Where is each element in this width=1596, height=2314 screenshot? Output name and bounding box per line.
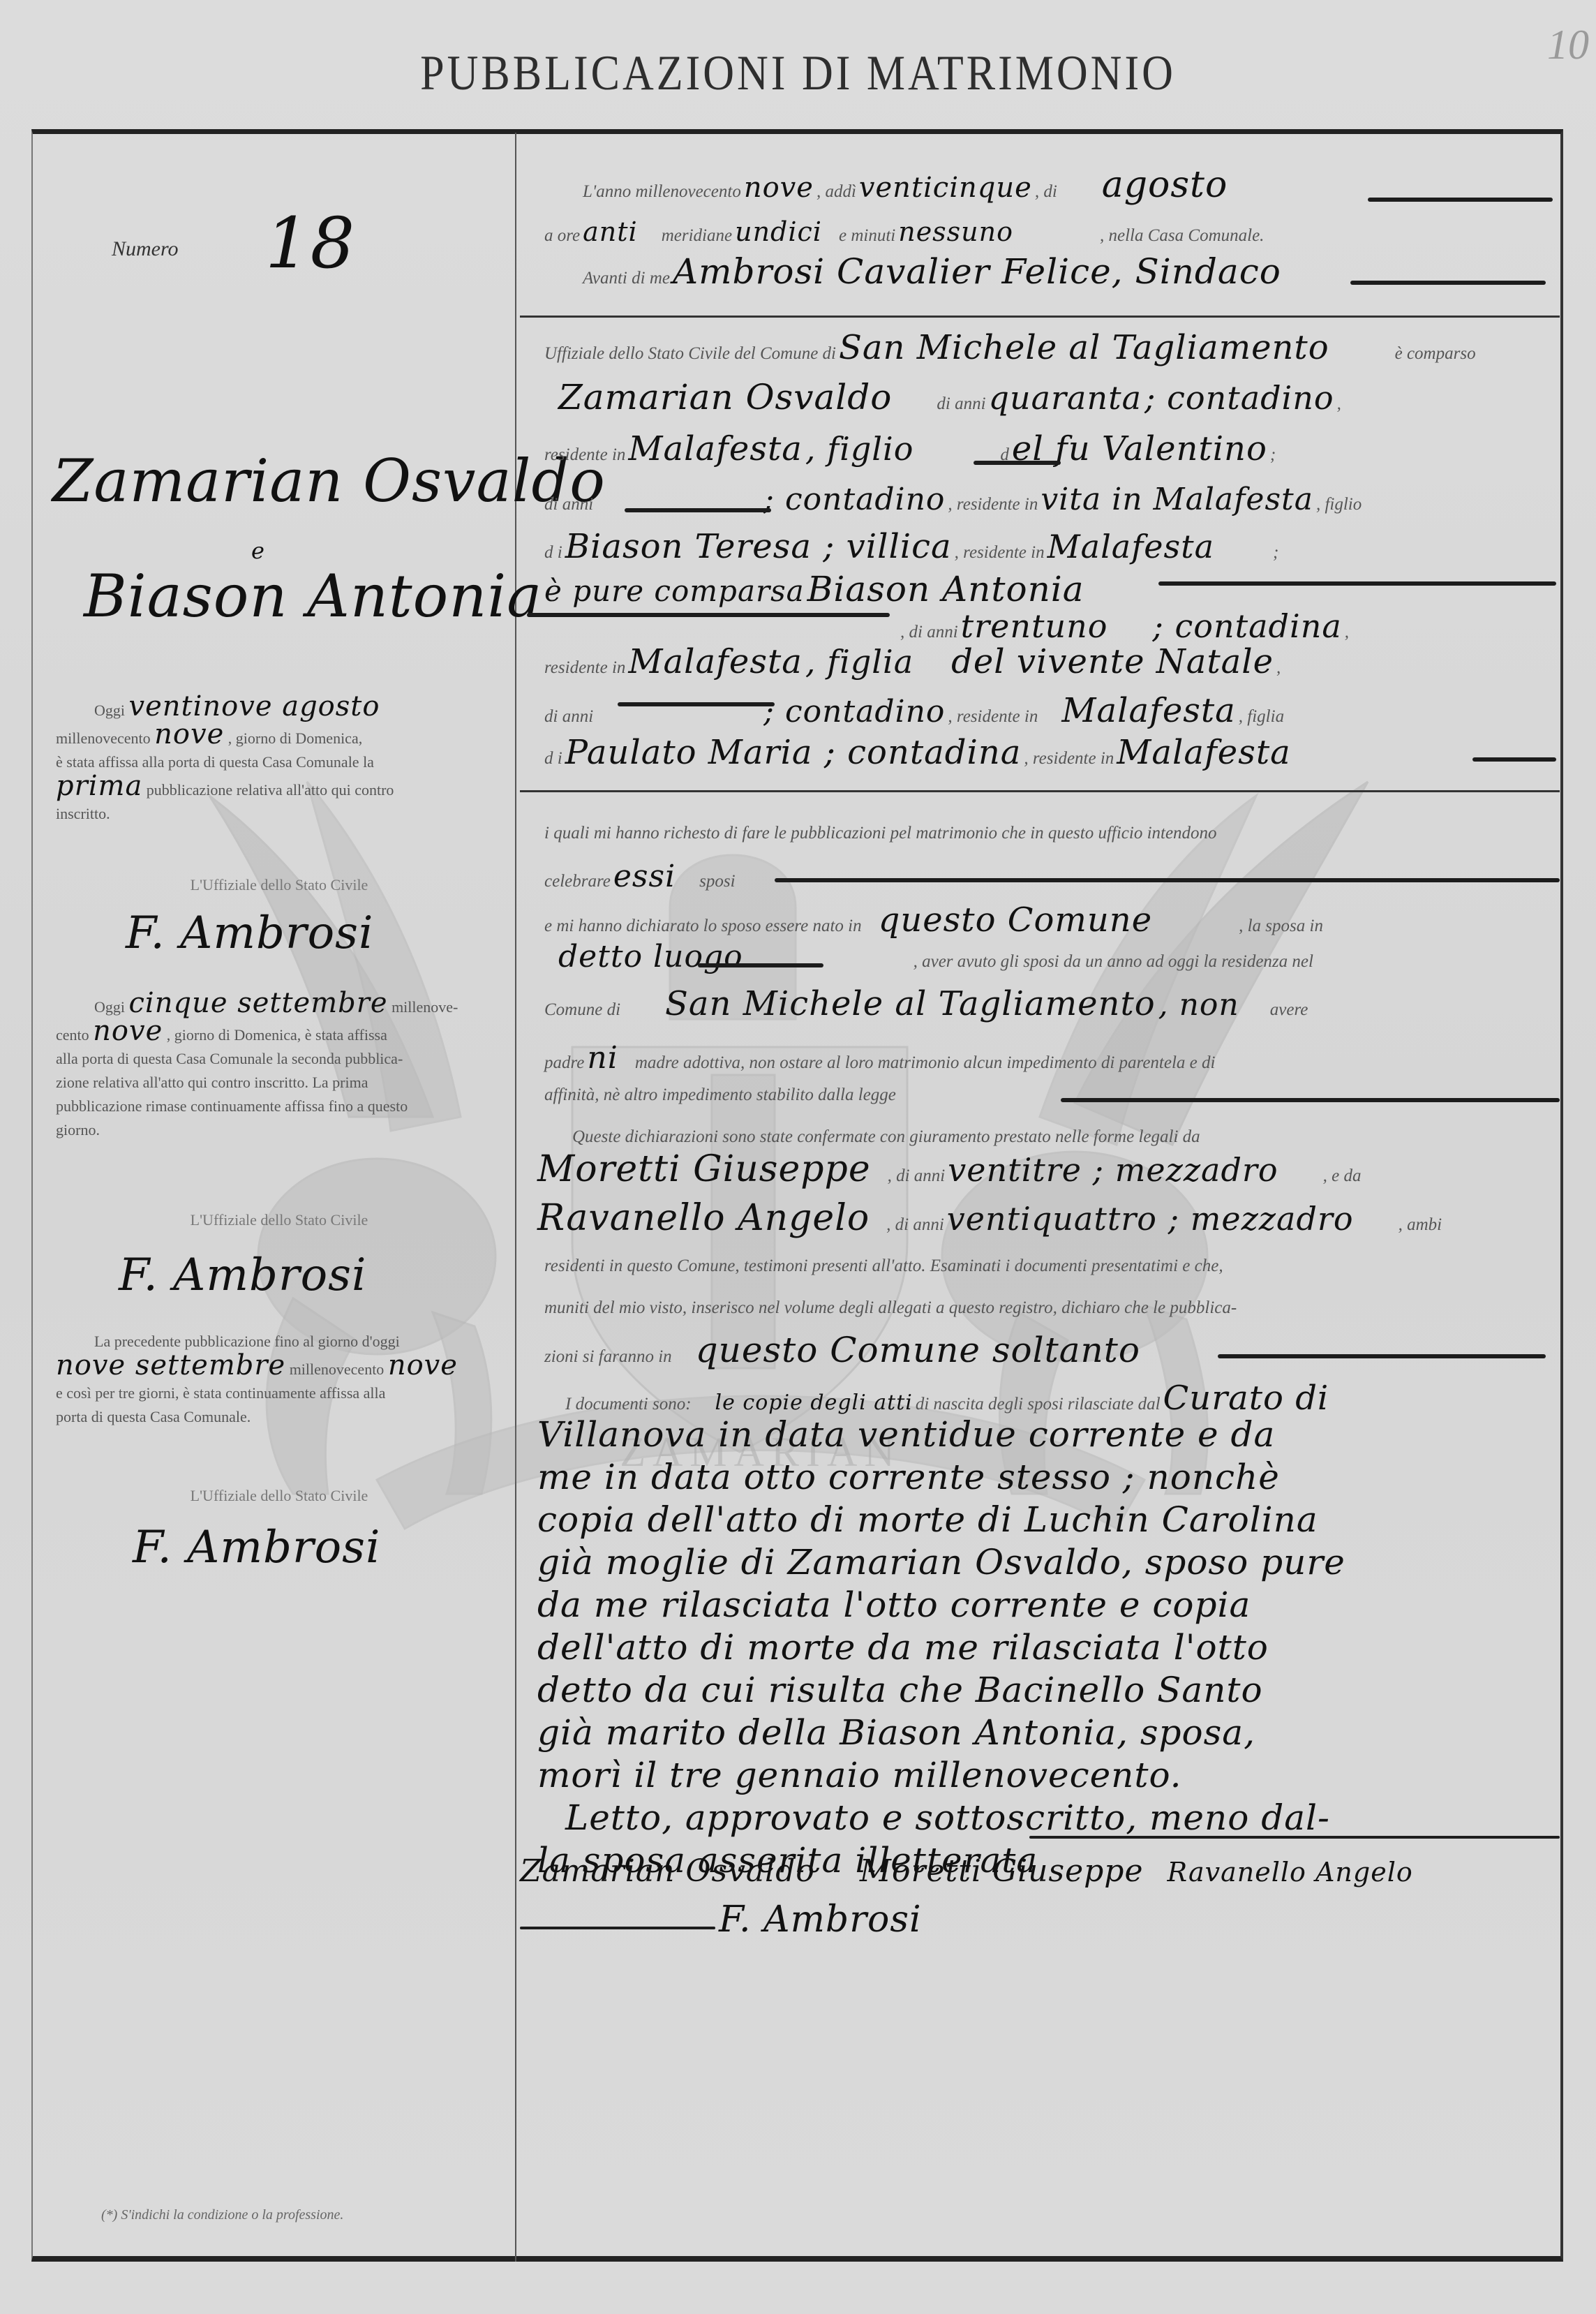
printed-text: , figlia [1239, 707, 1284, 726]
handwritten-line: detto da cui risulta che Bacinello Santo [537, 1669, 1556, 1712]
record-line-publication-place: zioni si faranno in questo Comune soltan… [544, 1330, 1140, 1370]
printed-text: d i [544, 543, 562, 562]
groom-profession-field: ; contadino [1144, 379, 1334, 417]
witness-1-age-profession: ventitre ; mezzadro [948, 1151, 1278, 1189]
printed-text: , di anni [886, 1215, 944, 1234]
record-line-witness-1: Moretti Giuseppe , di anni ventitre ; me… [537, 1148, 1361, 1190]
printed-text: Comune di [544, 1000, 620, 1019]
officer-signature: F. Ambrosi [133, 1522, 380, 1573]
handwritten-line: da me rilasciata l'otto corrente e copia [537, 1584, 1556, 1626]
printed-text: d i [544, 749, 562, 768]
printed-text: , la sposa in [1239, 917, 1323, 935]
printed-text: celebrare [544, 872, 611, 891]
officer-signature: F. Ambrosi [126, 907, 373, 959]
printed-text: meridiane [662, 226, 732, 245]
printed-text: Avanti di me [583, 269, 670, 288]
printed-text: è pure comparsa [544, 574, 805, 608]
printed-text: e mi hanno dichiarato lo sposo essere na… [544, 917, 862, 935]
printed-text: Uffiziale dello Stato Civile del Comune … [544, 344, 836, 363]
second-pub-year: nove [93, 1015, 163, 1047]
printed-text: a ore [544, 226, 580, 245]
officer-label: L'Uffiziale dello Stato Civile [56, 1487, 502, 1505]
groom-residence-field: Malafesta [628, 429, 802, 468]
handwritten-line: me in data otto corrente stesso ; nonchè [537, 1456, 1556, 1499]
printed-text: padre [544, 1053, 584, 1072]
ante-post-field: anti [583, 216, 638, 247]
documents-field: le copie degli atti [715, 1390, 913, 1415]
officer-final-signature: F. Ambrosi [719, 1899, 922, 1941]
printed-text: alla porta di questa Casa Comunale la se… [56, 1047, 502, 1071]
printed-text: millenovecento [290, 1360, 385, 1378]
handwritten-line: copia dell'atto di morte di Luchin Carol… [537, 1499, 1556, 1541]
bride-residence-field: Malafesta [628, 642, 802, 681]
printed-text: , [1276, 658, 1281, 677]
printed-text: di nascita degli sposi rilasciate dal [916, 1395, 1161, 1414]
record-line-bride-age: , di anni trentuno ; contadina , [900, 607, 1349, 645]
hour-field: undici [735, 216, 822, 247]
bride-father-residence: Malafesta [1061, 691, 1235, 730]
record-line-date: L'anno millenovecento nove , addì ventic… [583, 164, 1228, 206]
handwritten-line: Letto, approvato e sottoscritto, meno da… [537, 1797, 1556, 1839]
printed-text: residente in [544, 658, 625, 677]
ni-field: ni [587, 1040, 618, 1076]
record-line-residence-comune: Comune di San Michele al Tagliamento , n… [544, 984, 1308, 1023]
printed-text: pubblicazione relativa all'atto qui cont… [147, 781, 394, 799]
month-field: agosto [1102, 164, 1228, 206]
record-line-documents: I documenti sono: le copie degli atti di… [565, 1379, 1329, 1418]
groom-mother-residence: Malafesta [1047, 528, 1214, 565]
witness-residence-text: residenti in questo Comune, testimoni pr… [544, 1256, 1223, 1276]
printed-text: è comparso [1395, 344, 1476, 363]
record-line-bride-father: di anni ; contadino , residente in Malaf… [544, 691, 1284, 730]
officer-label: L'Uffiziale dello Stato Civile [56, 876, 502, 894]
printed-text: madre adottiva, non ostare al loro matri… [635, 1053, 1216, 1072]
printed-text: inscritto. [56, 802, 502, 826]
groom-son-of: , figlio [805, 430, 914, 468]
bride-father-field: del vivente Natale [951, 642, 1274, 681]
page-title: PUBBLICAZIONI DI MATRIMONIO [0, 45, 1596, 103]
printed-text: cento [56, 1026, 89, 1044]
bride-father-profession: ; contadino [763, 694, 945, 729]
record-line-residence-year: detto luogo , aver avuto gli sposi da un… [558, 939, 1313, 974]
groom-mother-field: Biason Teresa ; villica [565, 527, 952, 566]
officer-signature: F. Ambrosi [119, 1249, 366, 1301]
record-number: 18 [265, 202, 355, 284]
printed-text: , residente in [948, 707, 1038, 726]
oath-text: Queste dichiarazioni sono state conferma… [572, 1127, 1200, 1147]
handwritten-line: già moglie di Zamarian Osvaldo, sposo pu… [537, 1541, 1556, 1584]
record-line-groom: Zamarian Osvaldo di anni quaranta ; cont… [558, 377, 1341, 417]
documents-volume-text: muniti del mio visto, inserisco nel volu… [544, 1298, 1237, 1318]
impediments-text: affinità, nè altro impedimento stabilito… [544, 1085, 896, 1105]
printed-text: di anni [937, 394, 985, 413]
record-line-officer: Avanti di me Ambrosi Cavalier Felice, Si… [583, 251, 1281, 292]
page-corner-mark: 10 [1547, 21, 1589, 69]
witness-1-signature: Moretti Giuseppe [860, 1853, 1144, 1889]
groom-father-residence: vita in Malafesta [1041, 482, 1313, 517]
millenovecento-label: millenovecento [56, 729, 151, 747]
printed-text: , residente in [1024, 749, 1114, 768]
oggi-label: Oggi [94, 998, 125, 1016]
publication-ordinal: prima [56, 770, 142, 802]
printed-text: , giorno di Domenica, [228, 729, 362, 747]
printed-text: , figlio [1316, 495, 1362, 514]
handwritten-documents-notes: Villanova in data ventidue corrente e da… [537, 1414, 1556, 1882]
day-field: venticinque [859, 172, 1032, 204]
groom-age-field: quaranta [989, 379, 1142, 417]
final-date: nove settembre [56, 1349, 285, 1381]
printed-text: , aver avuto gli sposi da un anno ad ogg… [913, 952, 1313, 971]
oggi-label: Oggi [94, 702, 125, 719]
record-line-witness-2: Ravanello Angelo , di anni ventiquattro … [537, 1197, 1442, 1239]
witness-2-age-profession: ventiquattro ; mezzadro [947, 1200, 1354, 1238]
printed-text: giorno. [56, 1118, 502, 1142]
bride-daughter-of: , figlia [805, 643, 913, 681]
printed-text: , addì [816, 182, 856, 201]
handwritten-line: morì il tre gennaio millenovecento. [537, 1754, 1556, 1797]
bride-mother-field: Paulato Maria ; contadina [565, 733, 1022, 772]
bride-birthplace-field: detto luogo [558, 939, 743, 974]
final-year: nove [388, 1349, 458, 1381]
printed-text: zione relativa all'atto qui contro inscr… [56, 1071, 502, 1095]
handwritten-line: dell'atto di morte da me rilasciata l'ot… [537, 1626, 1556, 1669]
printed-text: , [1337, 394, 1341, 413]
printed-text: , nella Casa Comunale. [1100, 226, 1264, 245]
comune-field: San Michele al Tagliamento [839, 328, 1329, 367]
printed-text: e così per tre giorni, è stata continuam… [56, 1381, 502, 1405]
record-line-groom-residence: residente in Malafesta , figlio d el fu … [544, 429, 1276, 468]
groom-father-profession: ; contadino [763, 482, 945, 517]
printed-text: , [1345, 623, 1349, 641]
handwritten-line: Villanova in data ventidue corrente e da [537, 1414, 1556, 1456]
issuer-field: Curato di [1163, 1379, 1329, 1418]
printed-text: L'anno millenovecento [583, 182, 741, 201]
printed-text: , residente in [955, 543, 1045, 562]
groom-name: Zamarian Osvaldo [52, 447, 606, 515]
witness-1-name: Moretti Giuseppe [537, 1148, 871, 1190]
residence-comune-field: San Michele al Tagliamento [665, 984, 1156, 1023]
request-text: i quali mi hanno richesto di fare le pub… [544, 824, 1217, 843]
printed-text: residente in [544, 445, 625, 464]
publication-place-field: questo Comune soltanto [696, 1330, 1140, 1370]
printed-text: porta di questa Casa Comunale. [56, 1405, 502, 1429]
first-pub-year: nove [154, 718, 224, 750]
printed-text: di anni [544, 495, 593, 514]
record-line-celebrate: celebrare essi sposi [544, 859, 736, 894]
printed-text: , e da [1323, 1166, 1362, 1185]
record-line-groom-mother: d i Biason Teresa ; villica , residente … [544, 527, 1278, 566]
printed-text: sposi [699, 872, 735, 891]
bride-profession-field: ; contadina [1152, 607, 1341, 645]
non-field: , non [1158, 987, 1239, 1023]
year-field: nove [744, 172, 814, 204]
witness-2-name: Ravanello Angelo [537, 1197, 870, 1239]
printed-text: , di [1035, 182, 1057, 201]
bride-name: Biason Antonia [84, 562, 542, 630]
printed-text: , residente in [948, 495, 1038, 514]
bride-name-field: Biason Antonia [807, 569, 1084, 609]
first-publication-note: Oggi ventinove agosto millenovecento nov… [56, 695, 502, 826]
witness-2-signature: Ravanello Angelo [1168, 1857, 1413, 1887]
register-page: PUBBLICAZIONI DI MATRIMONIO 10 [0, 0, 1596, 2314]
record-line-impediments: padre ni madre adottiva, non ostare al l… [544, 1040, 1215, 1076]
second-pub-date: cinque settembre [129, 987, 388, 1019]
groom-name-field: Zamarian Osvaldo [558, 377, 892, 417]
publication-completion-note: La precedente pubblicazione fino al gior… [56, 1330, 502, 1429]
record-line-time: a ore anti meridiane undici e minuti nes… [544, 216, 1264, 247]
printed-text: pubblicazione rimase continuamente affis… [56, 1095, 502, 1118]
printed-text: zioni si faranno in [544, 1347, 672, 1366]
printed-text: , ambi [1399, 1215, 1442, 1234]
printed-text: , di anni [900, 623, 958, 641]
printed-text: , di anni [888, 1166, 946, 1185]
officer-label: L'Uffiziale dello Stato Civile [56, 1211, 502, 1229]
couple-conjunction: e [251, 537, 265, 564]
numero-label: Numero [112, 237, 179, 261]
handwritten-line: già marito della Biason Antonia, sposa, [537, 1712, 1556, 1754]
signatures-row: Zamarian Osvaldo Moretti Giuseppe Ravane… [520, 1853, 1413, 1889]
footnote: (*) S'indichi la condizione o la profess… [101, 2207, 343, 2223]
bride-age-field: trentuno [961, 607, 1108, 645]
printed-text: ; [1270, 445, 1276, 464]
officer-name-field: Ambrosi Cavalier Felice, Sindaco [673, 251, 1281, 292]
printed-text: millenove- [391, 998, 458, 1016]
second-publication-note: Oggi cinque settembre millenove- cento n… [56, 991, 502, 1142]
printed-text: di anni [544, 707, 593, 726]
essi-field: essi [613, 859, 676, 894]
record-line-bride-mother: d i Paulato Maria ; contadina , resident… [544, 733, 1291, 772]
printed-text: avere [1270, 1000, 1308, 1019]
printed-text: , giorno di Domenica, è stata affissa [167, 1026, 387, 1044]
printed-text: I documenti sono: [565, 1395, 692, 1414]
record-line-bride: è pure comparsa Biason Antonia [544, 569, 1084, 609]
bride-mother-residence: Malafesta [1117, 733, 1290, 772]
minutes-field: nessuno [898, 216, 1013, 247]
record-line-comune: Uffiziale dello Stato Civile del Comune … [544, 328, 1476, 367]
groom-birthplace-field: questo Comune [879, 900, 1153, 940]
groom-signature: Zamarian Osvaldo [520, 1853, 815, 1889]
printed-text: e minuti [839, 226, 895, 245]
record-line-bride-residence: residente in Malafesta , figlia del vive… [544, 642, 1281, 681]
record-line-birthplace: e mi hanno dichiarato lo sposo essere na… [544, 900, 1323, 940]
printed-text: ; [1273, 543, 1278, 562]
